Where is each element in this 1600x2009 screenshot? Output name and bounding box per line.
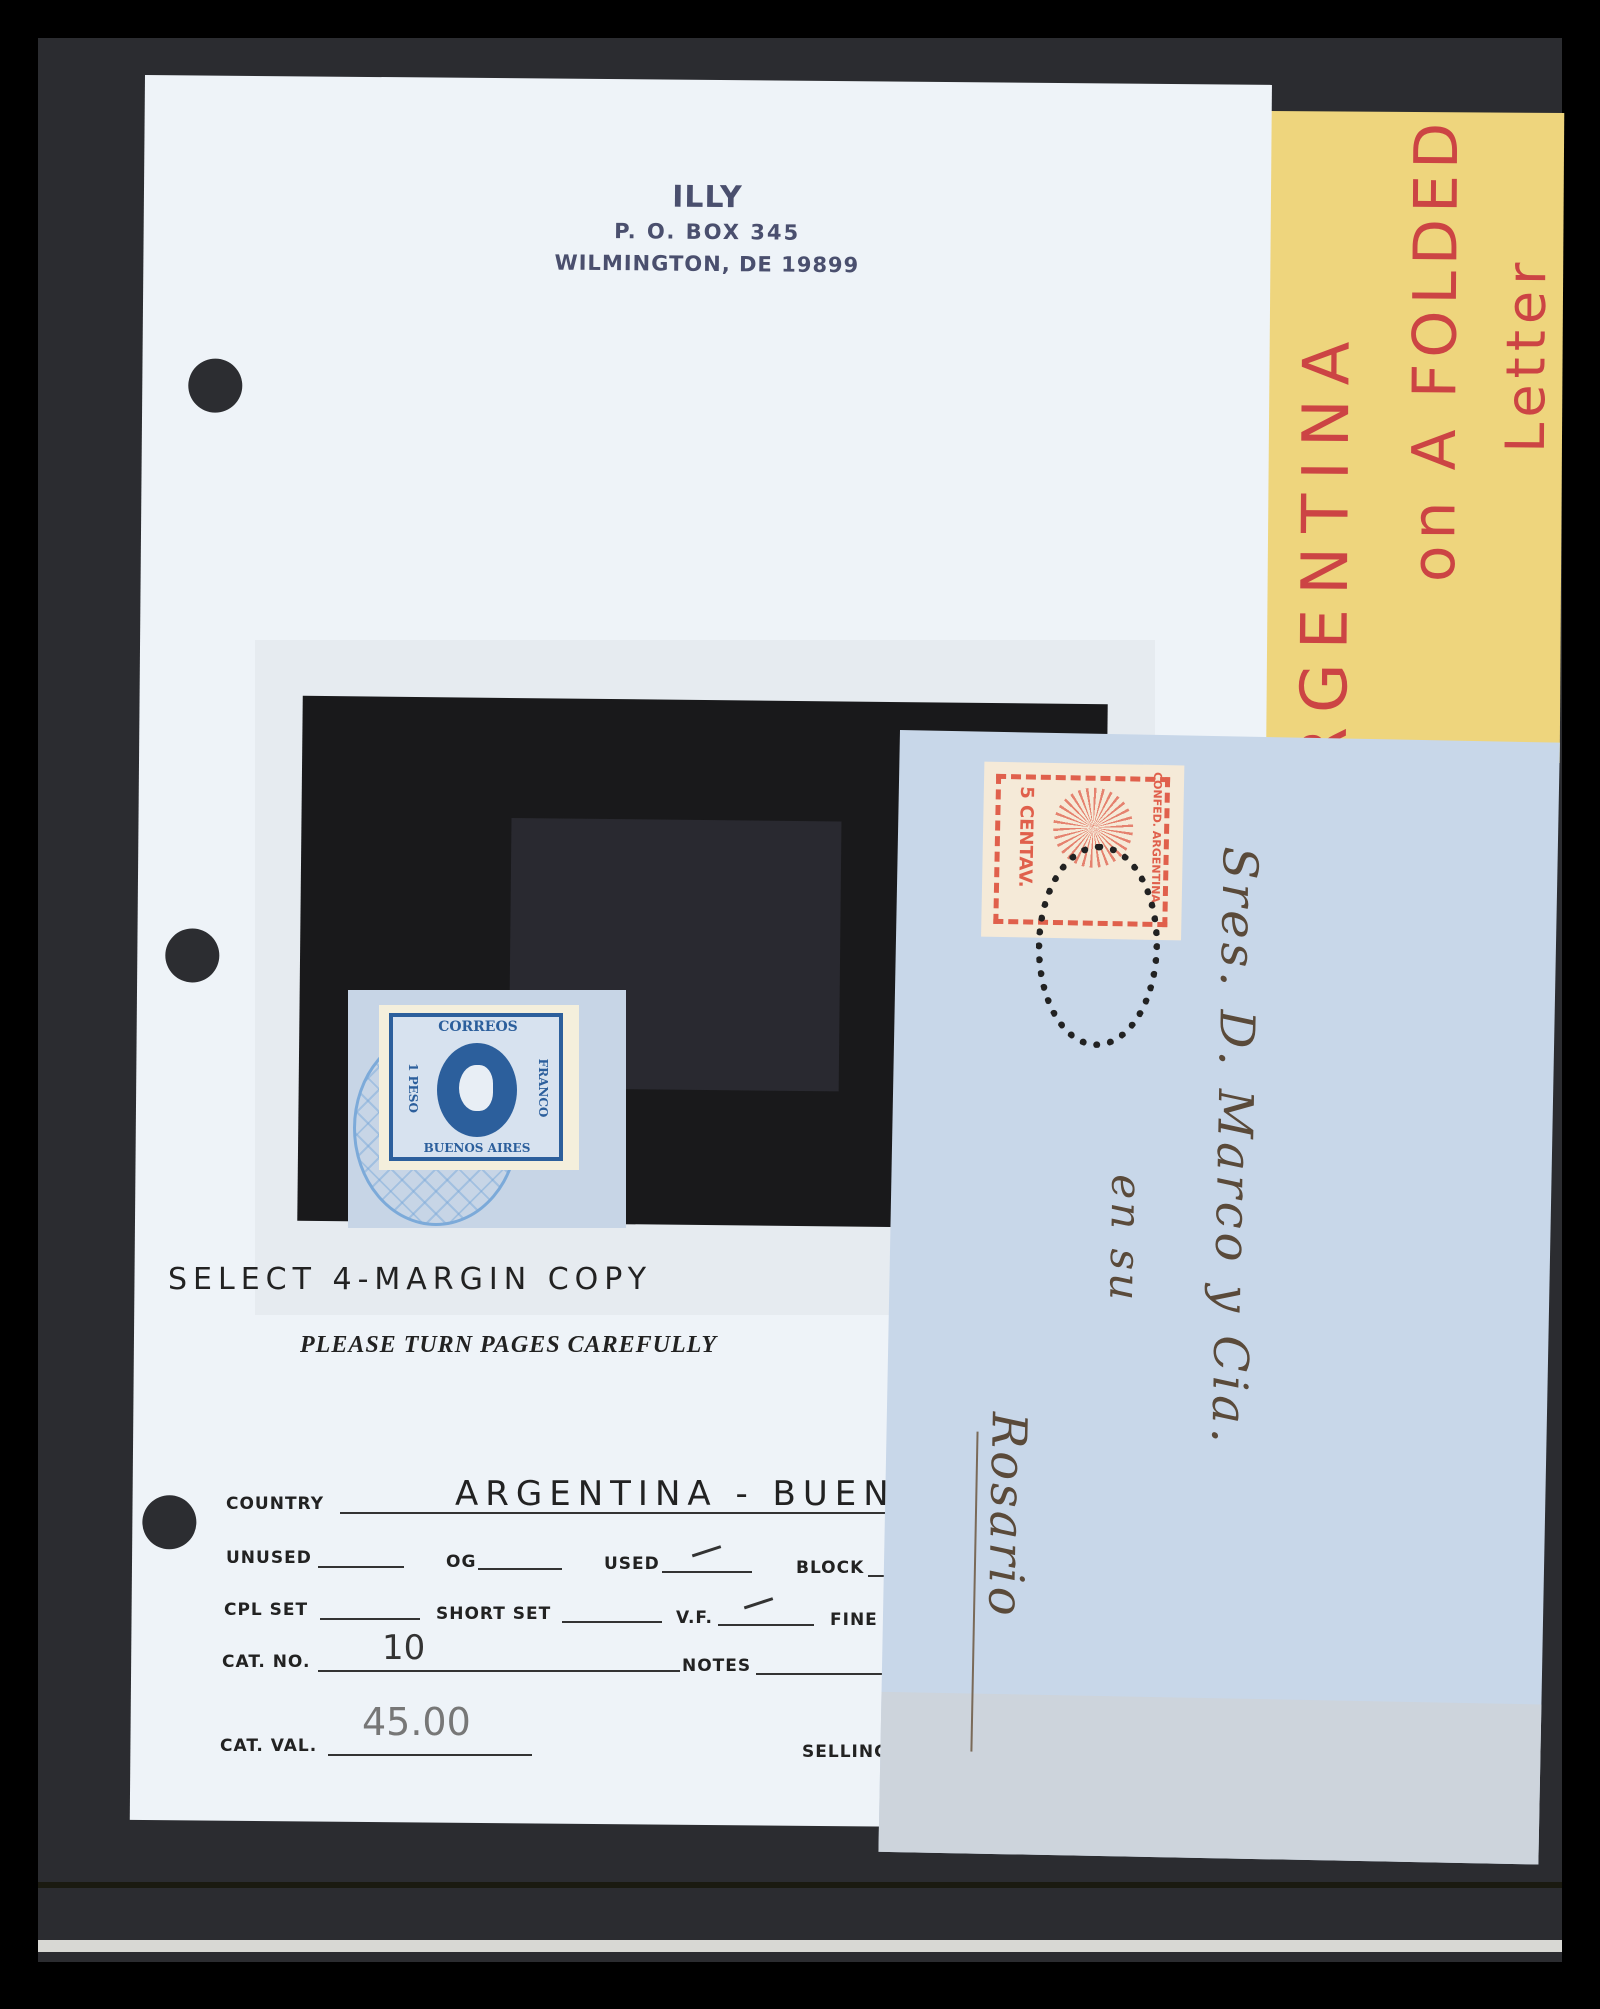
- fine-label: FINE: [830, 1610, 878, 1630]
- cat-no-line[interactable]: [318, 1670, 680, 1672]
- notes-label: NOTES: [682, 1656, 751, 1676]
- used-line[interactable]: [662, 1571, 752, 1573]
- og-label: OG: [446, 1552, 476, 1572]
- cat-val-value[interactable]: 45.00: [362, 1700, 471, 1744]
- selling-label: SELLING: [802, 1742, 889, 1762]
- cat-no-value[interactable]: 10: [382, 1628, 425, 1668]
- og-line[interactable]: [478, 1568, 562, 1570]
- vf-checkmark-icon: [741, 1588, 774, 1610]
- handwritten-note: SELECT 4-MARGIN COPY: [168, 1262, 652, 1297]
- block-label: BLOCK: [796, 1558, 864, 1578]
- used-label: USED: [604, 1554, 660, 1574]
- cat-val-label: CAT. VAL.: [220, 1736, 317, 1756]
- short-set-label: SHORT SET: [436, 1604, 551, 1624]
- short-set-line[interactable]: [562, 1621, 662, 1623]
- country-label: COUNTRY: [226, 1494, 324, 1514]
- country-value[interactable]: ARGENTINA - BUEN: [455, 1474, 896, 1514]
- cpl-set-line[interactable]: [320, 1618, 420, 1620]
- used-checkmark-icon: [689, 1536, 722, 1558]
- unused-label: UNUSED: [226, 1548, 312, 1568]
- unused-line[interactable]: [318, 1566, 404, 1568]
- stamp-value-text: 5 CENTAV.: [1014, 786, 1037, 888]
- address-line1: Sres. D. Marco y Cia.: [1200, 846, 1268, 1448]
- vf-line[interactable]: [718, 1624, 814, 1626]
- cpl-set-label: CPL SET: [224, 1600, 308, 1620]
- address-line3: Rosario: [977, 1412, 1037, 1620]
- address-line2: en su: [1100, 1174, 1151, 1304]
- cat-val-line[interactable]: [328, 1754, 532, 1756]
- folded-letter-cover[interactable]: 5 CENTAV. CONFED. ARGENTINA Sres. D. Mar…: [878, 730, 1559, 1864]
- vf-label: V.F.: [676, 1608, 713, 1628]
- cat-no-label: CAT. NO.: [222, 1652, 310, 1672]
- warning-text: PLEASE TURN PAGES CAREFULLY: [300, 1332, 717, 1359]
- stamp-side-text: CONFED. ARGENTINA: [1149, 772, 1165, 903]
- cover-fold-shadow: [878, 1692, 1541, 1865]
